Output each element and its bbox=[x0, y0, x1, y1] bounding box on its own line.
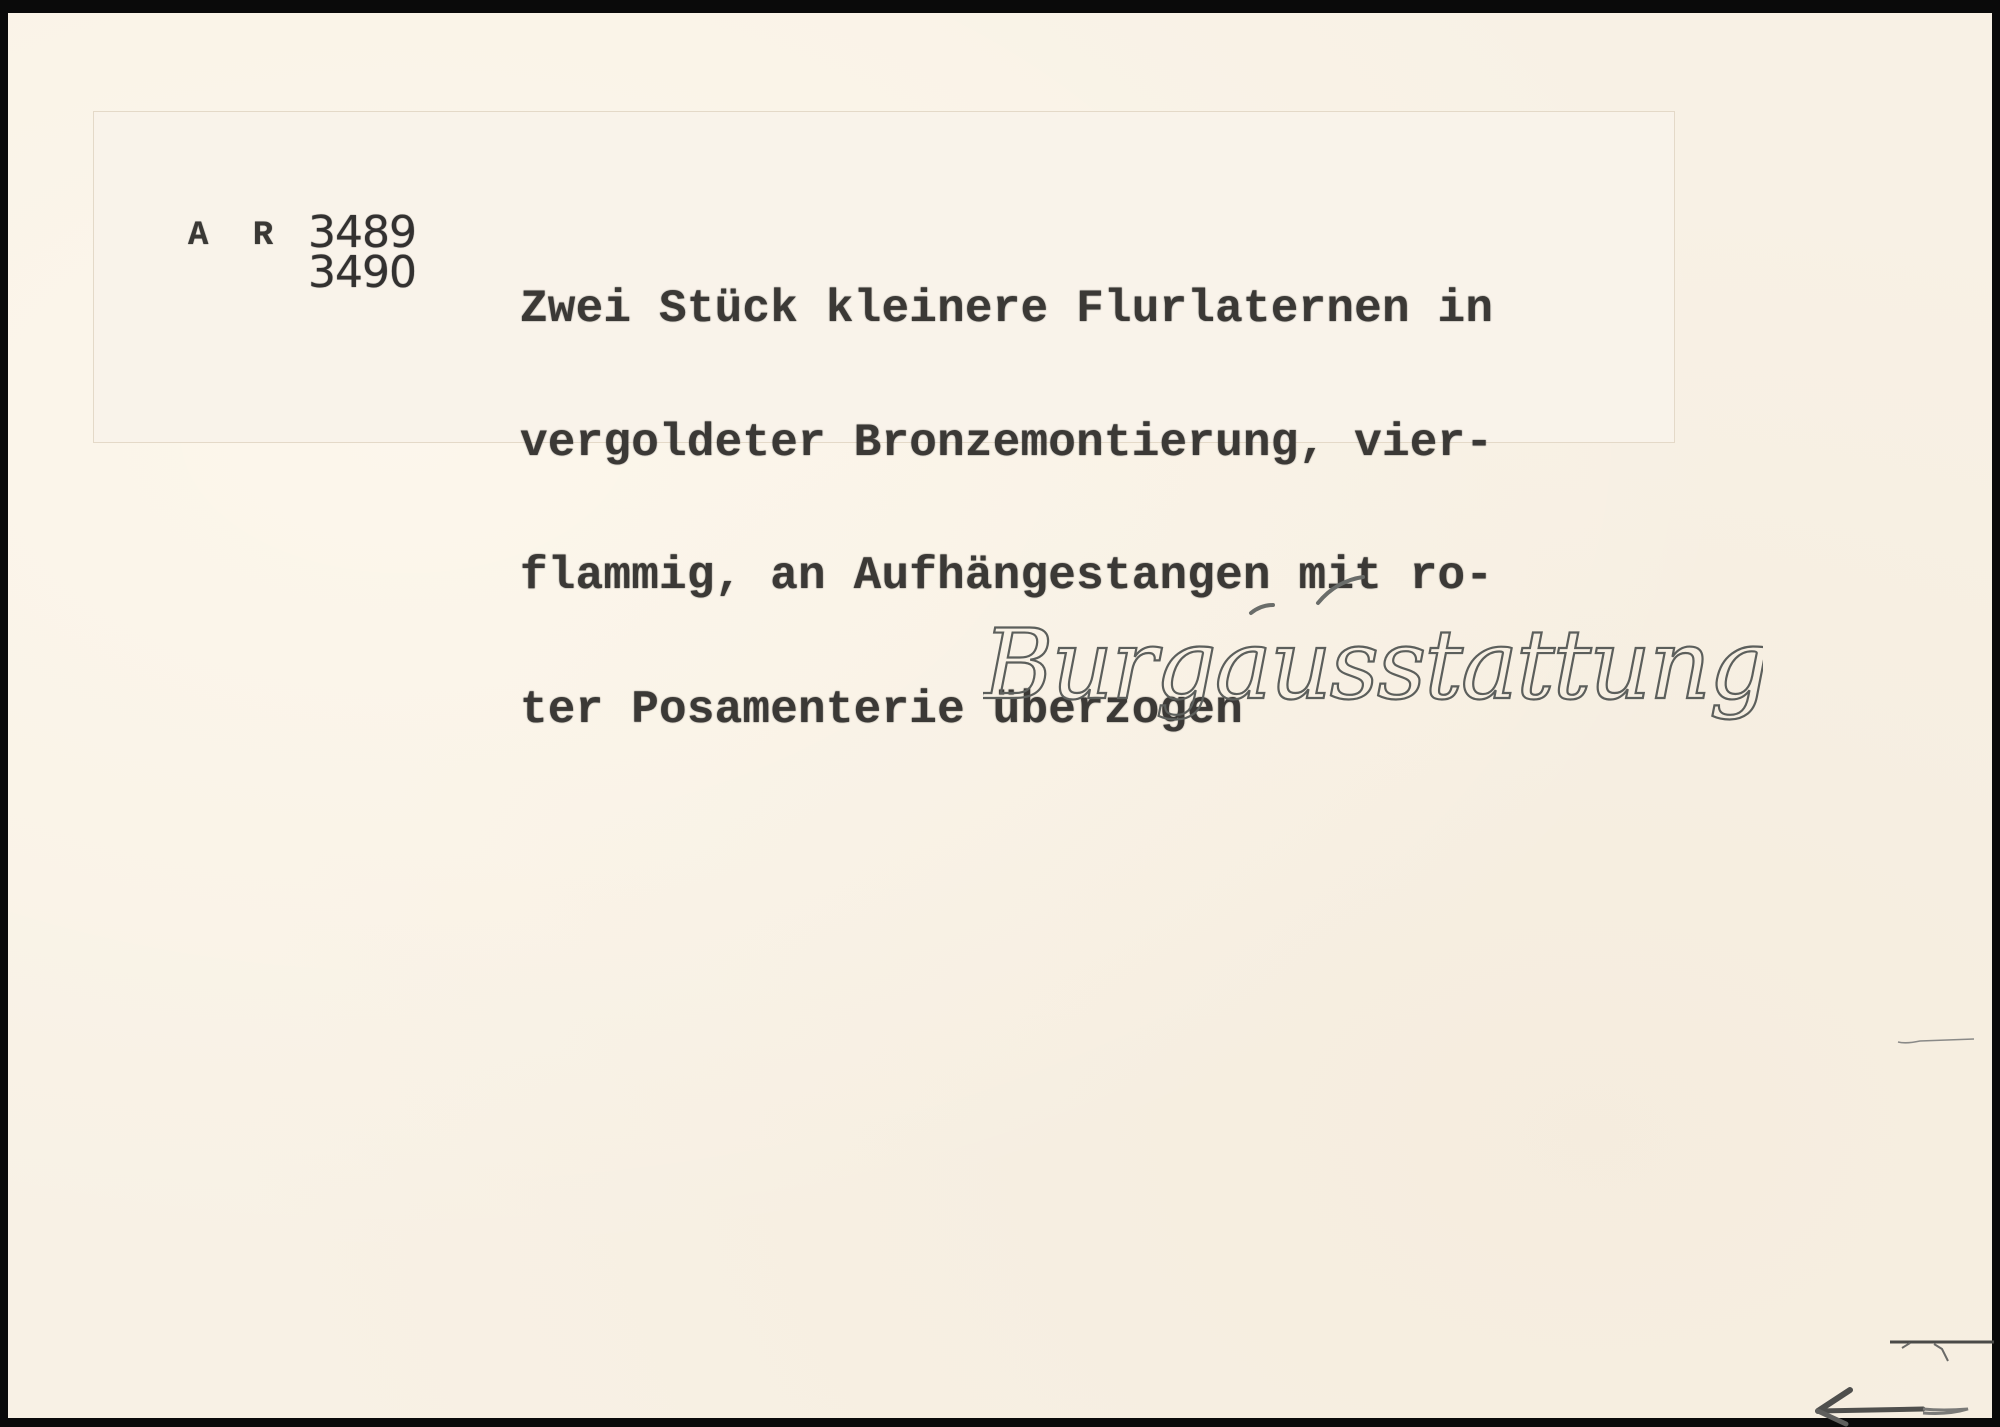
catalog-number-2: 3490 bbox=[308, 251, 416, 295]
description-line: vergoldeter Bronzemontierung, vier- bbox=[520, 421, 1493, 466]
pencil-tick-mark bbox=[1896, 1036, 1976, 1046]
catalog-card: A R 3489 3490 Zwei Stück kleinere Flurla… bbox=[8, 13, 1992, 1418]
catalog-prefix: A R bbox=[188, 217, 285, 255]
arrow-left-icon bbox=[1808, 1378, 1978, 1427]
handwriting-svg: Burgausstattung bbox=[983, 573, 1763, 773]
handwritten-note: Burgausstattung bbox=[983, 573, 1763, 773]
description-line: Zwei Stück kleinere Flurlaternen in bbox=[520, 287, 1493, 332]
handwritten-note-text: Burgausstattung bbox=[983, 609, 1763, 721]
pencil-bar-mark bbox=[1888, 1338, 1998, 1368]
